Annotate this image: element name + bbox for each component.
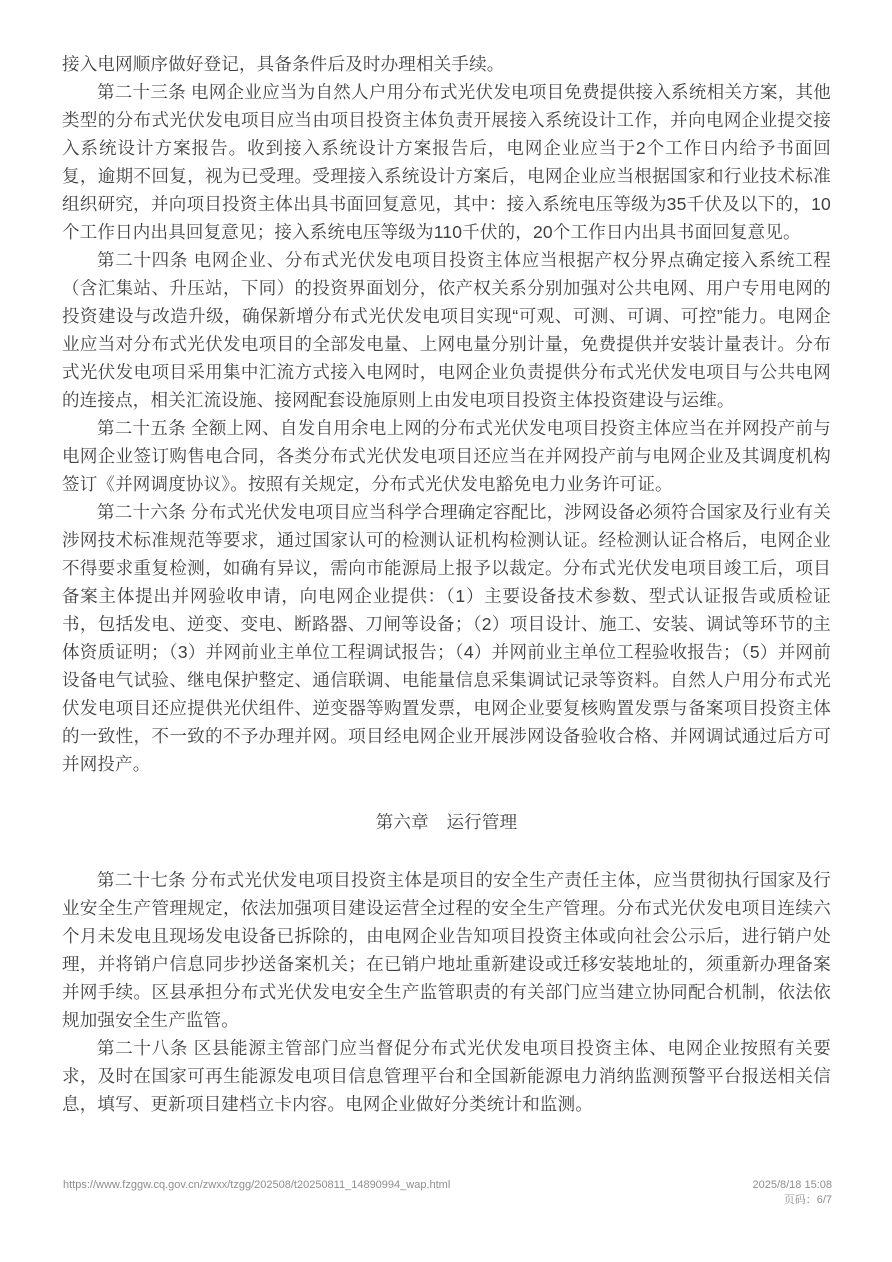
article-27-paragraph: 第二十七条 分布式光伏发电项目投资主体是项目的安全生产责任主体，应当贯彻执行国家…: [62, 866, 831, 1034]
article-25-paragraph: 第二十五条 全额上网、自发自用余电上网的分布式光伏发电项目投资主体应当在并网投产…: [62, 414, 831, 498]
article-28-paragraph: 第二十八条 区县能源主管部门应当督促分布式光伏发电项目投资主体、电网企业按照有关…: [62, 1034, 831, 1118]
document-body: 接入电网顺序做好登记，具备条件后及时办理相关手续。 第二十三条 电网企业应当为自…: [62, 50, 831, 1118]
chapter-6-heading: 第六章 运行管理: [62, 808, 831, 836]
print-footer: https://www.fzggw.cq.gov.cn/zwxx/tzgg/20…: [63, 1178, 832, 1208]
document-page: 接入电网顺序做好登记，具备条件后及时办理相关手续。 第二十三条 电网企业应当为自…: [0, 0, 892, 1262]
article-24-paragraph: 第二十四条 电网企业、分布式光伏发电项目投资主体应当根据产权分界点确定接入系统工…: [62, 246, 831, 414]
continuation-line: 接入电网顺序做好登记，具备条件后及时办理相关手续。: [62, 50, 831, 78]
article-26-paragraph: 第二十六条 分布式光伏发电项目应当科学合理确定容配比，涉网设备必须符合国家及行业…: [62, 498, 831, 778]
article-23-paragraph: 第二十三条 电网企业应当为自然人户用分布式光伏发电项目免费提供接入系统相关方案，…: [62, 78, 831, 246]
footer-datetime: 2025/8/18 15:08: [752, 1178, 832, 1193]
footer-source-url: https://www.fzggw.cq.gov.cn/zwxx/tzgg/20…: [63, 1178, 450, 1193]
footer-meta: 2025/8/18 15:08 页码：6/7: [752, 1178, 832, 1208]
footer-page-number: 页码：6/7: [752, 1193, 832, 1208]
